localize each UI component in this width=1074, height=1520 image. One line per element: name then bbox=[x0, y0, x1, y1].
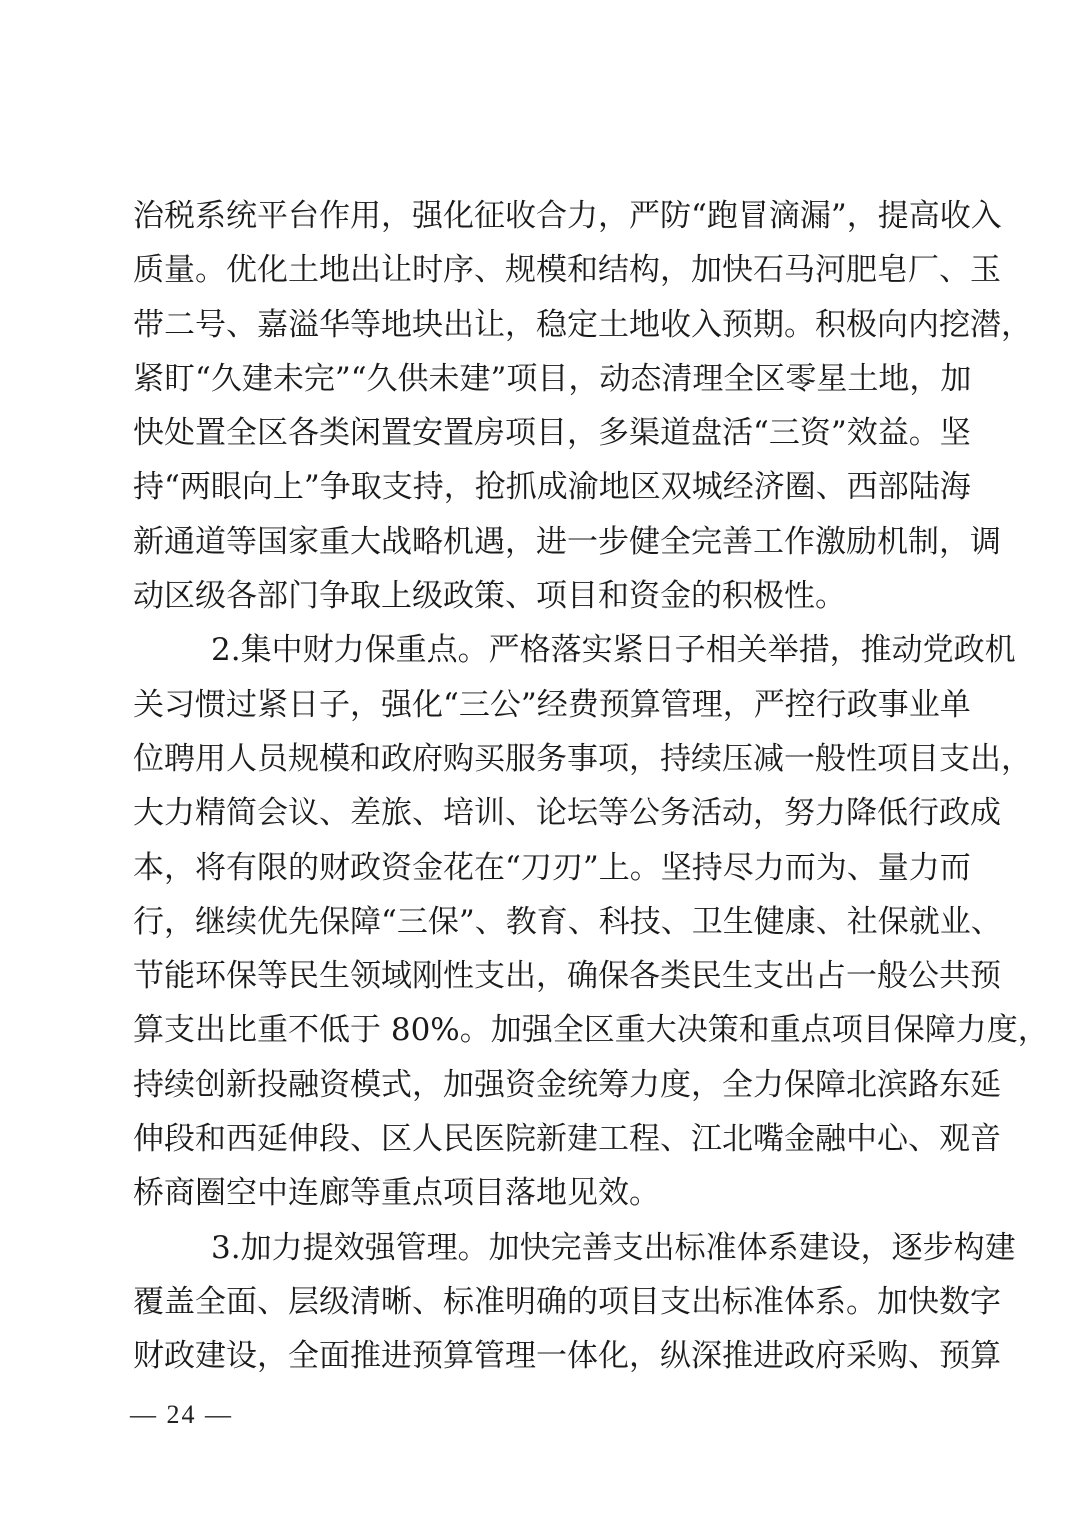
text-line: 新通道等国家重大战略机遇，进一步健全完善工作激励机制，调 bbox=[133, 515, 948, 569]
text-line: 伸段和西延伸段、区人民医院新建工程、江北嘴金融中心、观音 bbox=[133, 1112, 948, 1166]
text-line: 带二号、嘉溢华等地块出让，稳定土地收入预期。积极向内挖潜， bbox=[133, 298, 948, 352]
text-line: 桥商圈空中连廊等重点项目落地见效。 bbox=[133, 1166, 948, 1220]
text-line: 本，将有限的财政资金花在“刀刃”上。坚持尽力而为、量力而 bbox=[133, 841, 948, 895]
text-line: 关习惯过紧日子，强化“三公”经费预算管理，严控行政事业单 bbox=[133, 678, 948, 732]
text-line: 质量。优化土地出让时序、规模和结构，加快石马河肥皂厂、玉 bbox=[133, 243, 948, 297]
text-line: 位聘用人员规模和政府购买服务事项，持续压减一般性项目支出， bbox=[133, 732, 948, 786]
text-line: 持“两眼向上”争取支持，抢抓成渝地区双城经济圈、西部陆海 bbox=[133, 460, 948, 514]
text-line: 算支出比重不低于 80%。加强全区重大决策和重点项目保障力度， bbox=[133, 1003, 948, 1057]
section-heading-line: 3.加力提效强管理。加快完善支出标准体系建设，逐步构建 bbox=[133, 1221, 948, 1275]
text-line: 动区级各部门争取上级政策、项目和资金的积极性。 bbox=[133, 569, 948, 623]
text-line: 节能环保等民生领域刚性支出，确保各类民生支出占一般公共预 bbox=[133, 949, 948, 1003]
text-line: 紧盯“久建未完”“久供未建”项目，动态清理全区零星土地，加 bbox=[133, 352, 948, 406]
section-heading-line: 2.集中财力保重点。严格落实紧日子相关举措，推动党政机 bbox=[133, 623, 948, 677]
page-number: — 24 — bbox=[130, 1400, 233, 1430]
body-text: 治税系统平台作用，强化征收合力，严防“跑冒滴漏”，提高收入 质量。优化土地出让时… bbox=[133, 189, 948, 1384]
document-page: 治税系统平台作用，强化征收合力，严防“跑冒滴漏”，提高收入 质量。优化土地出让时… bbox=[0, 0, 1074, 1520]
text-line: 覆盖全面、层级清晰、标准明确的项目支出标准体系。加快数字 bbox=[133, 1275, 948, 1329]
text-line: 持续创新投融资模式，加强资金统筹力度，全力保障北滨路东延 bbox=[133, 1058, 948, 1112]
text-line: 大力精简会议、差旅、培训、论坛等公务活动，努力降低行政成 bbox=[133, 786, 948, 840]
text-line: 财政建设，全面推进预算管理一体化，纵深推进政府采购、预算 bbox=[133, 1329, 948, 1383]
text-line: 快处置全区各类闲置安置房项目，多渠道盘活“三资”效益。坚 bbox=[133, 406, 948, 460]
text-line: 行，继续优先保障“三保”、教育、科技、卫生健康、社保就业、 bbox=[133, 895, 948, 949]
text-line: 治税系统平台作用，强化征收合力，严防“跑冒滴漏”，提高收入 bbox=[133, 189, 948, 243]
